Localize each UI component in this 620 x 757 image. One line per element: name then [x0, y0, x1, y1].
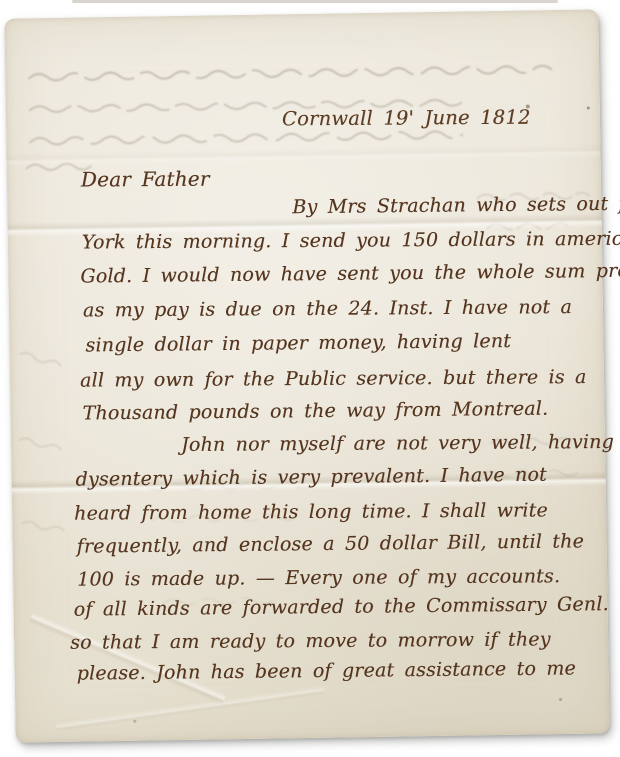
fold-crease-top: [6, 143, 600, 166]
paper-wrinkle: [56, 685, 325, 732]
letter-line: York this morning. I send you 150 dollar…: [82, 228, 620, 254]
letter-line: Gold. I would now have sent you the whol…: [80, 259, 620, 287]
dateline-text: Cornwall 19' June 1812: [282, 106, 531, 131]
letter-line: heard from home this long time. I shall …: [74, 499, 548, 524]
letter-line: John nor myself are not very well, havin…: [181, 431, 620, 456]
letter-line: all my own for the Public service. but t…: [80, 366, 587, 392]
paper-wrinkle: [28, 612, 226, 705]
ink-speck: [133, 720, 136, 723]
scan-canvas: Cornwall 19' June 1812 Dear Father By Mr…: [0, 0, 620, 757]
letter-line: as my pay is due on the 24. Inst. I have…: [83, 296, 572, 321]
letter-line: By Mrs Strachan who sets out for: [292, 192, 620, 218]
letter-line: so that I am ready to move to morrow if …: [70, 628, 551, 653]
letter-line: Thousand pounds on the way from Montreal…: [82, 398, 548, 425]
letter-line: of all kinds are forwarded to the Commis…: [74, 593, 609, 621]
letter-line: dysentery which is very prevalent. I hav…: [75, 464, 547, 491]
letter-paper: Cornwall 19' June 1812 Dear Father By Mr…: [4, 9, 609, 742]
letter-line: frequently, and enclose a 50 dollar Bill…: [77, 530, 585, 557]
scan-artifact-strip: [72, 0, 558, 3]
letter-line: single dollar in paper money, having len…: [85, 330, 511, 356]
ink-speck: [587, 107, 590, 110]
letter-line: please. John has been of great assistanc…: [77, 657, 576, 684]
ink-speck: [559, 698, 562, 701]
letter-line: 100 is made up. — Every one of my accoun…: [77, 565, 560, 590]
salutation-text: Dear Father: [81, 167, 210, 192]
